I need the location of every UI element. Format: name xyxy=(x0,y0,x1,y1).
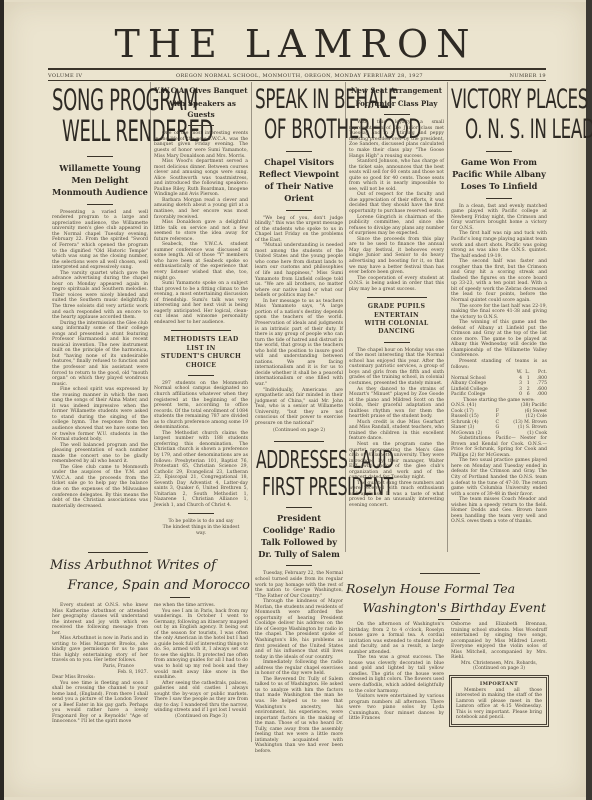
paragraph: With true loyalty, a small representatio… xyxy=(349,120,444,159)
paragraph: Lorene Gingrich is chairman of the publi… xyxy=(349,215,444,237)
paragraph: In her message to us as teachers Miss Ya… xyxy=(255,299,343,388)
article-body: The chapel hour on Monday was one of the… xyxy=(349,348,444,509)
paragraph: 297 students on the Monmouth Normal scho… xyxy=(154,381,248,431)
paragraph: Stanford Johnson, who has charge of the … xyxy=(349,159,444,192)
paragraph: Sumi Yamamoto spoke on a subject that pr… xyxy=(154,281,248,325)
paragraph: After seeing the cathedrals, palaces, ga… xyxy=(154,681,248,714)
subhead: Chapel Visitors Reflect Viewpoint of The… xyxy=(255,157,343,205)
headline: With Speakers as Guests xyxy=(154,99,248,120)
paragraph: Miss Arbuthnot is now in Paris and in wr… xyxy=(52,636,148,664)
standings-table: W. L. Pct. Normal School41.800 Albany Co… xyxy=(451,370,547,398)
continued-link[interactable]: (Continued on page 3) xyxy=(451,666,547,672)
paragraph: The two usual practice games played here… xyxy=(451,458,547,497)
paragraph: The tea was a great success. The house w… xyxy=(349,655,444,694)
article-body: "We beg of you, don't judge blindly," th… xyxy=(255,216,343,427)
paragraph: The quartet sang three numbers and were … xyxy=(349,481,444,509)
paragraph: "Individually, Americans are sympathetic… xyxy=(255,388,343,427)
paragraph: You see I am in Paris, back from my wand… xyxy=(154,609,248,681)
paragraph: Next on the program came the quartet rep… xyxy=(349,442,444,481)
headline: WITH COLONIAL DANCING xyxy=(349,320,444,337)
paragraph: Immediately following the radio address … xyxy=(255,660,343,677)
verse-line: way. xyxy=(154,531,248,537)
article-body: Tuesday, February 22, the Normal school … xyxy=(255,571,343,754)
article-arbuthnot: Miss Arbuthnot Writes of France, Spain a… xyxy=(50,558,250,602)
paragraph: Out of respect for the faculty and due a… xyxy=(349,192,444,214)
continued-link[interactable]: (Continued on Page 3) xyxy=(154,714,248,720)
divider xyxy=(486,198,512,199)
article-body: On the afternoon of Washington's birthda… xyxy=(349,622,444,722)
headline: SPEAK IN BEHALF xyxy=(255,86,310,113)
dateline-text: OREGON NORMAL SCHOOL, MONMOUTH, OREGON, … xyxy=(176,73,423,79)
continued-link[interactable]: (Continued on page 2) xyxy=(255,428,343,434)
arbuthnot-col-right: me when the time arrives. You see I am i… xyxy=(154,603,248,719)
headline: Miss Arbuthnot Writes of xyxy=(50,558,250,573)
masthead-title: THE LAMRON xyxy=(0,22,592,66)
headline: For Junior Class Play xyxy=(349,99,444,109)
headline: New Seat Arrangement xyxy=(349,86,444,96)
paragraph: Fine school spirit was expressed by the … xyxy=(52,387,148,442)
lineup-table: O.N.S. (41) (38) Pacific Cook (17)F(6) S… xyxy=(451,403,547,436)
headline: VICTORY PLACES xyxy=(451,86,511,113)
paragraph: Seabeck, the Y.W.C.A. student summer con… xyxy=(154,242,248,281)
article-victory: VICTORY PLACES O. N. S. IN LEAD Game Won… xyxy=(451,86,547,525)
headline: Roselyn House Formal Tea xyxy=(346,581,546,596)
article-ywca: Y.W.C.A. Gives Banquet With Speakers as … xyxy=(154,86,248,536)
paragraph: The Glee club came to Monmouth under the… xyxy=(52,465,148,509)
paragraph: The second half was faster and rougher t… xyxy=(451,259,547,303)
divider xyxy=(384,114,410,115)
article-song-program: SONG PROGRAM WELL RENDERED Willamette Yo… xyxy=(52,86,148,509)
headline: STUDENT'S CHURCH CHOICE xyxy=(154,353,248,370)
divider xyxy=(88,552,148,553)
paragraph: The well balanced program and the pleasi… xyxy=(52,443,148,465)
article-body: In a clean, fast and evenly matched game… xyxy=(451,204,547,370)
divider xyxy=(188,125,214,126)
headline: Y.W.C.A. Gives Banquet xyxy=(154,86,248,96)
paragraph: On the afternoon of Washington's birthda… xyxy=(349,622,444,655)
headline: SONG PROGRAM xyxy=(52,86,112,115)
paragraph: Substitutions: Pacific— Nester for Brown… xyxy=(451,436,547,458)
paragraph: The cooperation of every student at O.N.… xyxy=(349,276,444,293)
headline: OF BROTHERHOOD xyxy=(264,116,313,143)
subhead: Willamette Young Men Delight Monmouth Au… xyxy=(52,163,148,199)
verse-line: The kindest things in the kindest xyxy=(154,525,248,531)
headline: ADDRESSES LAUD xyxy=(256,447,310,472)
paragraph: "We beg of you, don't judge blindly," th… xyxy=(255,216,343,244)
roselyn-col-right: Osborne and Elizabeth Brennan, training … xyxy=(451,622,547,725)
paragraph: Miss Donaldson gave a delightful little … xyxy=(154,220,248,242)
position: G xyxy=(495,425,500,431)
column-divider xyxy=(447,82,448,552)
article-body: One of the most interesting events in th… xyxy=(154,131,248,325)
paragraph: Every student at O.N.S. who knew Miss Ka… xyxy=(52,603,148,636)
column-divider xyxy=(251,82,252,742)
article-body: With true loyalty, a small representatio… xyxy=(349,120,444,292)
arbuthnot-col-left: Every student at O.N.S. who knew Miss Ka… xyxy=(52,603,148,725)
paragraph: The varsity quartet which gave the advan… xyxy=(52,271,148,321)
paragraph: The chapel hour on Monday was one of the… xyxy=(349,348,444,387)
paragraph: "Mutual understanding is needed most amo… xyxy=(255,243,343,298)
divider xyxy=(87,156,113,157)
paragraph: The first half was nip and tuck with Pac… xyxy=(451,231,547,259)
paragraph: One of the most interesting events in th… xyxy=(154,131,248,159)
article-roselyn: Roselyn House Formal Tea Washington's Bi… xyxy=(346,581,546,624)
divider xyxy=(367,297,427,298)
divider xyxy=(87,204,113,205)
paragraph: During the intermission the Glee club sa… xyxy=(52,321,148,388)
table-row: Slaner (3)G(1) S. Brown xyxy=(451,425,547,431)
headline: GRADE PUPILS ENTERTAIN xyxy=(349,303,444,320)
article-body: Every student at O.N.S. who knew Miss Ka… xyxy=(52,603,148,725)
divider xyxy=(171,330,231,331)
paragraph: In a clean, fast and evenly matched game… xyxy=(451,204,547,232)
paragraph: Osborne and Elizabeth Brennan, training … xyxy=(451,622,547,661)
article-body: me when the time arrives. You see I am i… xyxy=(154,603,248,714)
subhead: Game Won From Pacific While Albany Loses… xyxy=(451,157,547,193)
headline: METHODISTS LEAD LIST IN xyxy=(154,336,248,353)
issue-number: NUMBER 19 xyxy=(510,73,546,79)
headline: O. N. S. IN LEAD xyxy=(465,116,516,143)
divider xyxy=(384,342,410,343)
notice-text: Members and all those interested in maki… xyxy=(456,688,542,721)
paragraph: Barbara Morgan read a clever and amusing… xyxy=(154,198,248,220)
paragraph: As they danced to the strains of Mozart'… xyxy=(349,387,444,420)
divider xyxy=(286,565,312,566)
article-new-seat: New Seat Arrangement For Junior Class Pl… xyxy=(349,86,444,509)
paragraph: Presenting a varied and well rendered pr… xyxy=(52,210,148,271)
divider xyxy=(188,375,214,376)
divider xyxy=(274,441,324,442)
article-body: 297 students on the Monmouth Normal scho… xyxy=(154,381,248,509)
paragraph: Tuesday, February 22, the Normal school … xyxy=(255,571,343,599)
paragraph: Since the proceeds from this play are to… xyxy=(349,237,444,276)
divider xyxy=(420,573,480,574)
divider xyxy=(170,597,190,598)
paragraph: Visitors were entertained by various pro… xyxy=(349,694,444,722)
article-body: Presenting a varied and well rendered pr… xyxy=(52,210,148,510)
important-notice-box: IMPORTANT Members and all those interest… xyxy=(451,677,547,725)
article-body: Osborne and Elizabeth Brennan, training … xyxy=(451,622,547,666)
divider xyxy=(188,513,214,514)
roselyn-col-left: On the afternoon of Washington's birthda… xyxy=(349,622,444,722)
paragraph: The winning of this game and the defeat … xyxy=(451,320,547,359)
article-body: Substitutions: Pacific— Nester for Brown… xyxy=(451,436,547,525)
divider xyxy=(286,507,312,508)
filler-verse: To be polite is to do and say The kindes… xyxy=(154,519,248,536)
paragraph: The Methodist church claims the largest … xyxy=(154,431,248,509)
divider xyxy=(486,151,512,152)
headline: Washington's Birthday Event xyxy=(346,600,546,615)
headline: WELL RENDERED xyxy=(62,117,115,146)
divider xyxy=(438,619,460,620)
paragraph: Miss Wood's department served a most del… xyxy=(154,159,248,198)
notice-title: IMPORTANT xyxy=(456,681,542,688)
paragraph: The team misses Coach Meador and wishes … xyxy=(451,497,547,525)
paragraph: Much credit is due Miss Gearhart and Mis… xyxy=(349,420,444,442)
headline: France, Spain and Morocco xyxy=(50,578,250,593)
paragraph: You see time is fleeting and soon I shal… xyxy=(52,681,148,725)
dateline-rule xyxy=(48,80,546,81)
paragraph: Present standing of teams is as follows: xyxy=(451,359,547,370)
volume-label: VOLUME IV xyxy=(48,73,82,79)
paragraph: The Reverend Dr. Tully of Salem talked t… xyxy=(255,677,343,755)
divider xyxy=(286,210,312,211)
headline: FIRST PRESIDENT xyxy=(262,474,312,499)
divider xyxy=(286,151,312,152)
article-brotherhood: SPEAK IN BEHALF OF BROTHERHOOD Chapel Vi… xyxy=(255,86,343,755)
paragraph: The score for the last half was 22-19, m… xyxy=(451,304,547,321)
masthead-rule xyxy=(48,68,546,70)
paragraph: Through the kindness of Mayor Morlan, th… xyxy=(255,599,343,660)
subhead: President Coolidge' Radio Talk Followed … xyxy=(255,513,343,561)
